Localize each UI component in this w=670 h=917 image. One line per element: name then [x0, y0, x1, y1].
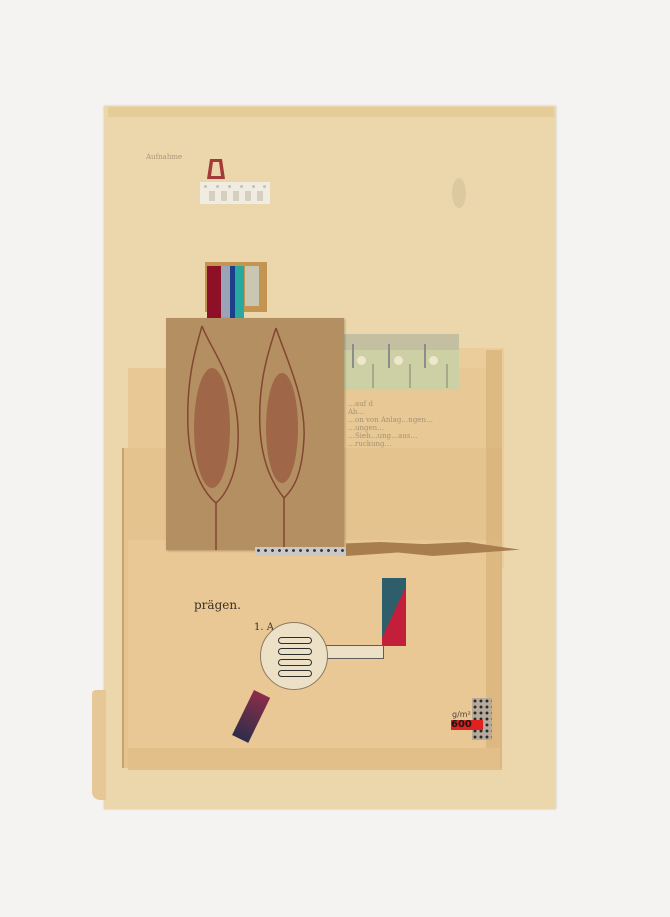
faint-header-text: Aufnahme [146, 153, 182, 161]
faint-text-block: …auf d Ab… …on von Anlag…ngen… …ungen… …… [348, 400, 458, 448]
bottom-band [128, 748, 500, 770]
torn-left-edge [92, 690, 106, 800]
unit-label: g/m² [452, 710, 471, 719]
seed-pod-print-icon [166, 318, 344, 550]
crimson-foil-strip [207, 266, 221, 326]
red-trapezoid-icon [206, 157, 226, 181]
kraft-card-botanical-print [166, 318, 344, 550]
dotted-patch [472, 698, 492, 740]
red-number-label: 600 [451, 720, 483, 730]
green-stapled-strip [344, 334, 459, 390]
glitter-fragment [452, 178, 466, 208]
iridescent-foil-strip [245, 266, 259, 306]
word-pragen: prägen. [194, 598, 241, 612]
red-teal-foil-block [382, 578, 406, 646]
dotted-washi-tape [255, 547, 345, 556]
vent-circle [260, 622, 328, 690]
white-perforated-strip [200, 182, 270, 204]
page-top-edge [108, 107, 554, 117]
vent-arm [322, 645, 384, 659]
